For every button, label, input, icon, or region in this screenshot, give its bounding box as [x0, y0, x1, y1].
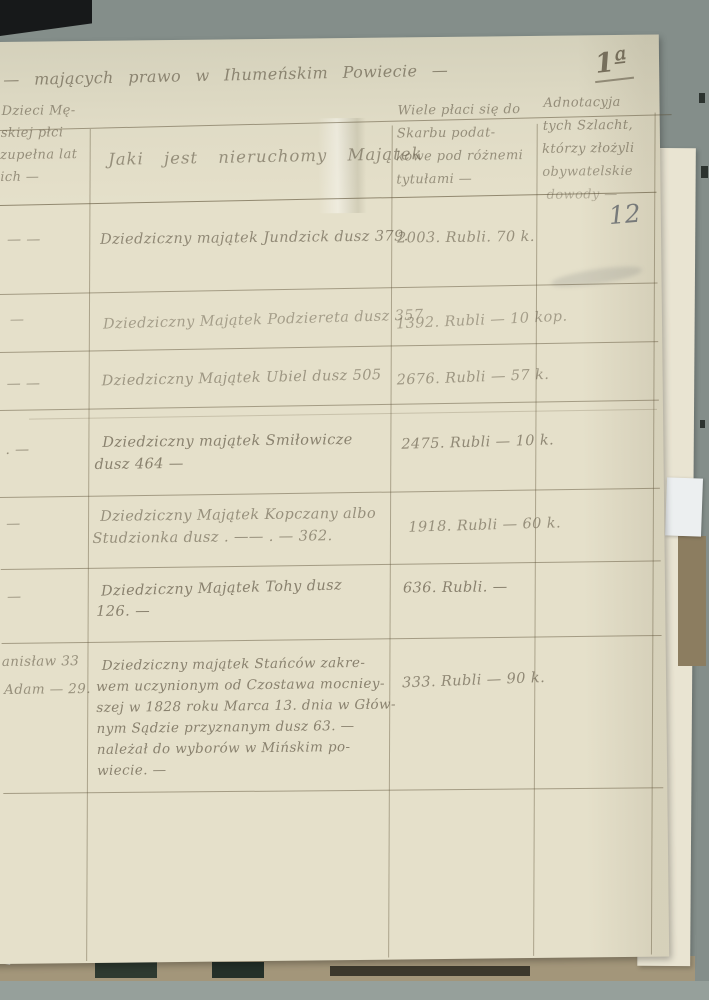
folio-mark-text: 1ª — [591, 45, 633, 83]
header-ages-line: ich — — [0, 170, 39, 185]
estate-cell-line: 126. — — [96, 603, 150, 620]
estate-cell-line: dusz 464 — — [94, 456, 183, 473]
estate-cell-line: nym Sądzie przyznanym dusz 63. — — [96, 718, 354, 737]
tax-cell: 636. Rubli. — — [403, 579, 508, 596]
estate-cell-line: wem uczynionym od Czostawa mocniey- — [96, 676, 385, 695]
estate-cell-line: Dziedziczny majątek Smiłowicze — [102, 432, 353, 451]
header-ages-line: skiej płci — [1, 125, 64, 141]
ages-cell: — — — [7, 376, 41, 392]
header-annotation-line: dowody — — [546, 187, 617, 203]
ages-cell: . — — [5, 442, 29, 458]
tax-cell: 2003. Rubli. 70 k. — [397, 229, 535, 247]
folio-mark: 1ª — [591, 45, 633, 80]
header-annotation-line: którzy złożyli — [542, 141, 635, 157]
header-tax-line: tytułami — — [396, 172, 472, 188]
header-annotation-line: Adnotacyja — [543, 95, 620, 111]
header-tax-line: Skarbu podat- — [397, 125, 496, 141]
estate-cell-line: należał do wyborów w Mińskim po- — [97, 739, 351, 758]
ages-cell: anisław 33 — [2, 653, 80, 670]
header-tax-line: Wiele płaci się do — [398, 102, 521, 118]
ages-cell: — — [6, 516, 21, 532]
estate-cell-line: szej w 1828 roku Marca 13. dnia w Głów- — [96, 697, 396, 716]
ages-cell: — — [10, 312, 25, 328]
pencil-page-number: 12 — [608, 199, 642, 230]
estate-cell-line: wiecie. — — [97, 762, 167, 779]
header-ages-line: Dzieci Mę- — [1, 103, 75, 119]
estate-cell-line: Studzionka dusz . —— . — 362. — [92, 528, 332, 547]
estate-cell-line: Dziedziczny Majątek Kopczany albo — [100, 506, 376, 525]
ages-cell: — — — [7, 232, 41, 248]
header-tax-line: kowe pod różnemi — [396, 148, 523, 164]
estate-cell-line: Dziedziczny majątek Stańców zakre- — [102, 655, 366, 674]
header-annotation-line: obywatelskie — [542, 164, 633, 180]
header-annotation-line: tych Szlacht, — [543, 118, 633, 134]
ages-cell: — — [7, 589, 22, 605]
header-ages-line: zupełna lat — [0, 147, 77, 163]
manuscript-page: — mających prawo w Ihumeńskim Powiecie —… — [0, 0, 709, 1000]
ages-cell: Adam — 29. — [4, 681, 91, 698]
